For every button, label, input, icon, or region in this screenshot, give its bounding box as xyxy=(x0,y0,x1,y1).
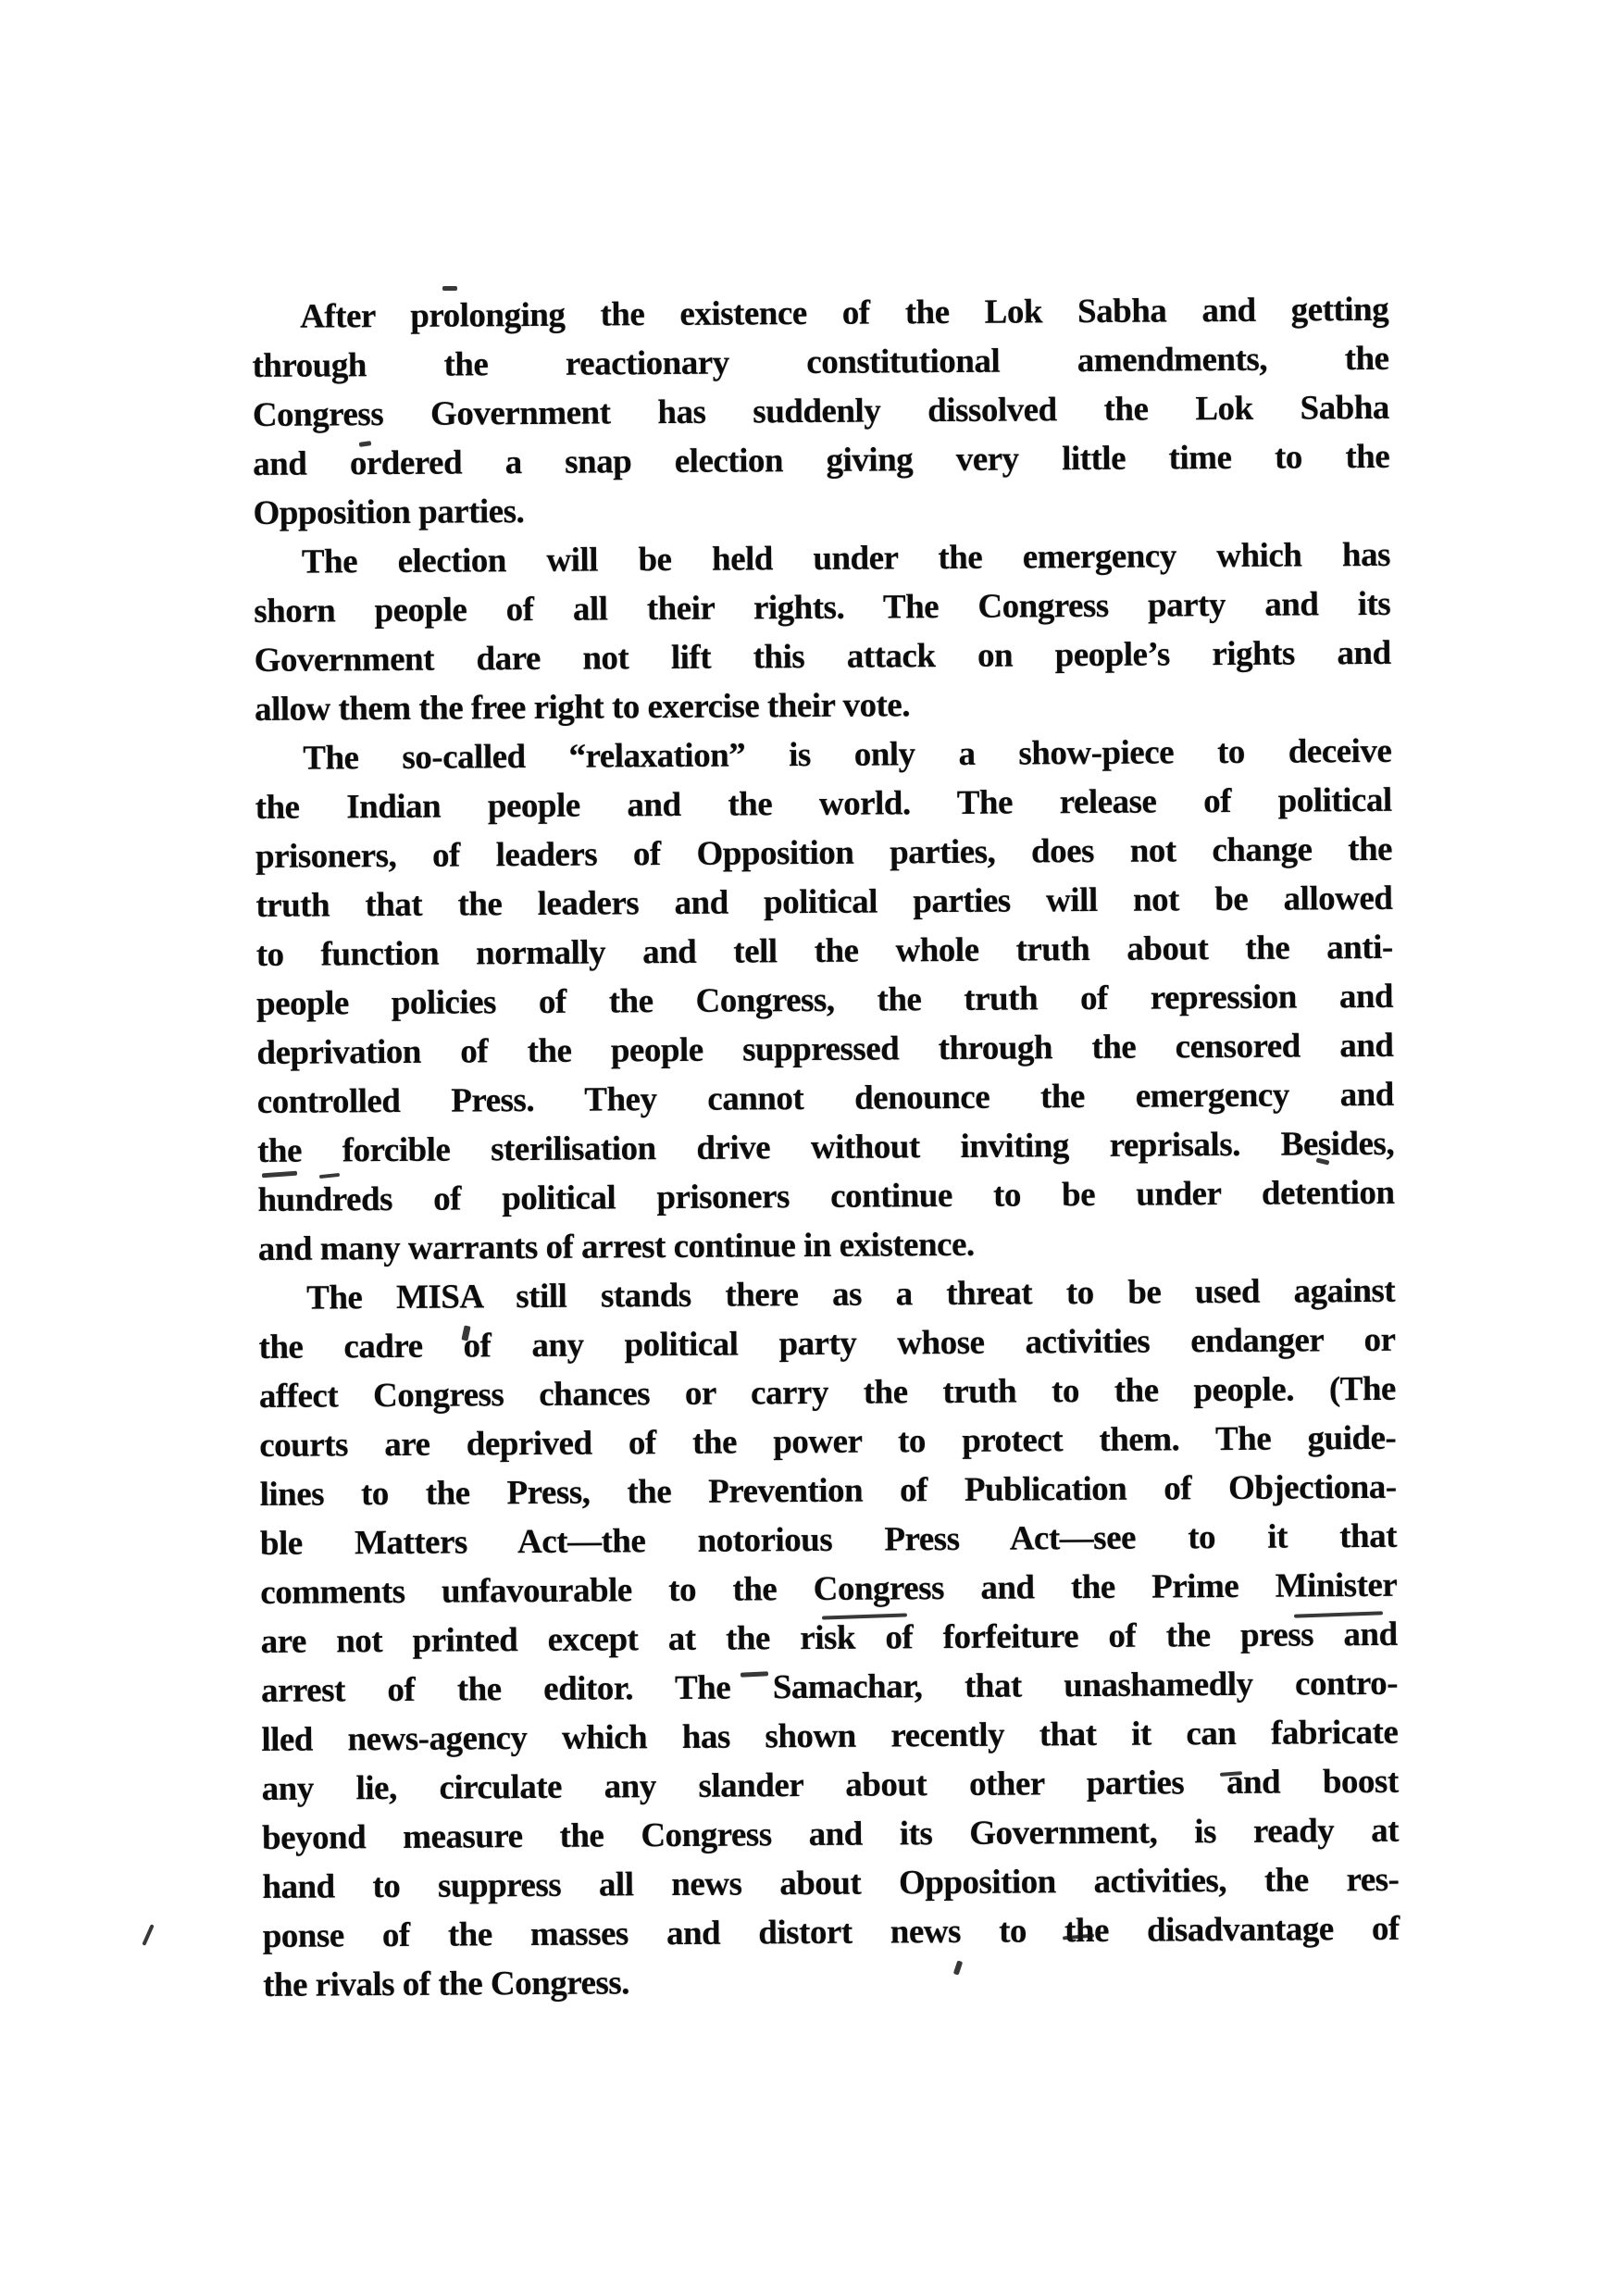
text-line: hand to suppress all news about Oppositi… xyxy=(262,1855,1399,1912)
text-line: and many warrants of arrest continue in … xyxy=(258,1217,1395,1274)
paragraph: The so-called “relaxation” is only a sho… xyxy=(255,727,1395,1274)
scan-artifact xyxy=(442,286,457,291)
text-line: to function normally and tell the whole … xyxy=(256,923,1393,980)
text-line: The so-called “relaxation” is only a sho… xyxy=(255,727,1391,783)
text-line: controlled Press. They cannot denounce t… xyxy=(257,1070,1394,1127)
text-line: beyond measure the Congress and its Gove… xyxy=(262,1806,1399,1863)
text-line: The election will be held under the emer… xyxy=(254,530,1390,587)
paragraph: The MISA still stands there as a threat … xyxy=(258,1267,1400,2010)
text-line: any lie, circulate any slander about oth… xyxy=(262,1757,1399,1814)
text-line: ponse of the masses and distort news to … xyxy=(263,1904,1400,1961)
text-line: hundreds of political prisoners continue… xyxy=(257,1168,1394,1225)
text-line: affect Congress chances or carry the tru… xyxy=(259,1365,1396,1421)
text-line: shorn people of all their rights. The Co… xyxy=(254,580,1390,636)
text-line: the cadre of any political party whose a… xyxy=(258,1316,1395,1372)
text-line: Congress Government has suddenly dissolv… xyxy=(253,383,1389,440)
paragraph: After prolonging the existence of the Lo… xyxy=(252,285,1390,538)
text-line: prisoners, of leaders of Opposition part… xyxy=(255,825,1392,881)
text-line: deprivation of the people suppressed thr… xyxy=(256,1021,1393,1078)
paragraph: The election will be held under the emer… xyxy=(254,530,1391,734)
text-line: truth that the leaders and political par… xyxy=(255,874,1392,930)
text-line: The MISA still stands there as a threat … xyxy=(258,1267,1395,1323)
text-line: and ordered a snap election giving very … xyxy=(253,432,1389,489)
scan-artifact xyxy=(142,1924,154,1946)
scanned-book-page: After prolonging the existence of the Lo… xyxy=(0,0,1618,2296)
text-line: Opposition parties. xyxy=(253,481,1389,538)
text-line: the Indian people and the world. The rel… xyxy=(255,776,1392,832)
text-line: Government dare not lift this attack on … xyxy=(254,629,1390,685)
text-line: lled news-agency which has shown recentl… xyxy=(261,1708,1398,1765)
text-line: lines to the Press, the Prevention of Pu… xyxy=(259,1463,1396,1519)
text-line: After prolonging the existence of the Lo… xyxy=(252,285,1388,342)
text-line: courts are deprived of the power to prot… xyxy=(259,1414,1396,1470)
text-line: comments unfavourable to the Congress an… xyxy=(260,1561,1397,1617)
text-line: the forcible sterilisation drive without… xyxy=(257,1119,1394,1176)
document-text: After prolonging the existence of the Lo… xyxy=(252,285,1400,2010)
text-line: through the reactionary constitutional a… xyxy=(252,334,1388,391)
text-line: the rivals of the Congress. xyxy=(263,1953,1400,2010)
text-line: people policies of the Congress, the tru… xyxy=(256,972,1393,1029)
text-line: arrest of the editor. The Samachar, that… xyxy=(261,1659,1398,1716)
text-line: ble Matters Act—the notorious Press Act—… xyxy=(260,1512,1397,1568)
text-line: allow them the free right to exercise th… xyxy=(255,678,1391,734)
